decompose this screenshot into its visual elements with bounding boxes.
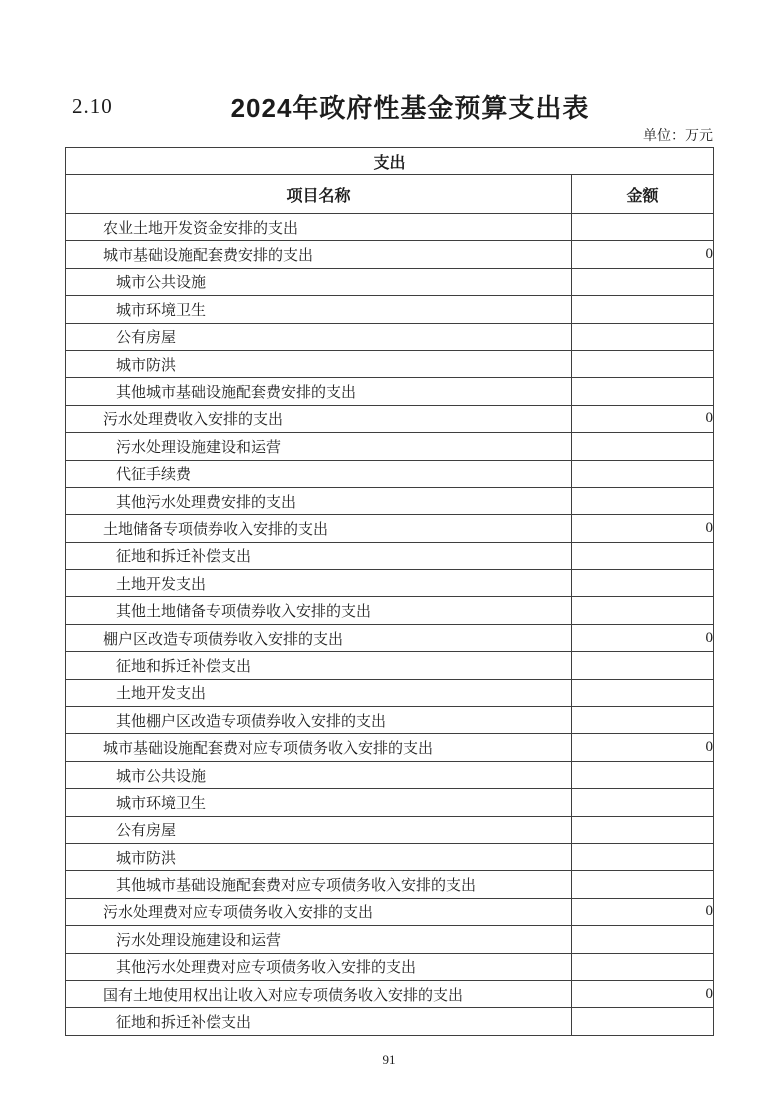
item-name-cell: 征地和拆迁补偿支出 — [66, 652, 572, 679]
amount-cell — [572, 926, 714, 953]
amount-cell — [572, 487, 714, 514]
column-header-amount: 金额 — [572, 175, 714, 214]
amount-cell — [572, 214, 714, 241]
item-name-cell: 土地开发支出 — [66, 570, 572, 597]
item-name-cell: 征地和拆迁补偿支出 — [66, 542, 572, 569]
amount-cell — [572, 460, 714, 487]
amount-cell: 0 — [572, 980, 714, 1007]
amount-cell — [572, 871, 714, 898]
table-span-header: 支出 — [66, 148, 714, 175]
amount-cell: 0 — [572, 405, 714, 432]
table-row: 其他污水处理费安排的支出 — [66, 487, 714, 514]
table-row: 城市公共设施 — [66, 268, 714, 295]
table-row: 污水处理设施建设和运营 — [66, 926, 714, 953]
column-header-item-name: 项目名称 — [66, 175, 572, 214]
table-row: 棚户区改造专项债券收入安排的支出0 — [66, 624, 714, 651]
amount-cell — [572, 433, 714, 460]
amount-cell — [572, 789, 714, 816]
amount-cell — [572, 652, 714, 679]
table-row: 其他城市基础设施配套费安排的支出 — [66, 378, 714, 405]
item-name-cell: 代征手续费 — [66, 460, 572, 487]
amount-cell: 0 — [572, 241, 714, 268]
amount-cell — [572, 542, 714, 569]
amount-cell: 0 — [572, 898, 714, 925]
amount-cell — [572, 350, 714, 377]
item-name-cell: 城市防洪 — [66, 350, 572, 377]
table-body: 农业土地开发资金安排的支出城市基础设施配套费安排的支出0城市公共设施城市环境卫生… — [66, 214, 714, 1036]
item-name-cell: 农业土地开发资金安排的支出 — [66, 214, 572, 241]
item-name-cell: 公有房屋 — [66, 323, 572, 350]
table-row: 城市基础设施配套费安排的支出0 — [66, 241, 714, 268]
amount-cell — [572, 843, 714, 870]
table-row: 城市防洪 — [66, 350, 714, 377]
amount-cell — [572, 268, 714, 295]
table-row: 代征手续费 — [66, 460, 714, 487]
table-row: 土地储备专项债券收入安排的支出0 — [66, 515, 714, 542]
item-name-cell: 城市基础设施配套费安排的支出 — [66, 241, 572, 268]
amount-cell — [572, 953, 714, 980]
amount-cell — [572, 761, 714, 788]
table-row: 城市公共设施 — [66, 761, 714, 788]
table-row: 其他棚户区改造专项债券收入安排的支出 — [66, 707, 714, 734]
table-header: 支出 项目名称 金额 — [66, 148, 714, 214]
item-name-cell: 城市环境卫生 — [66, 789, 572, 816]
page-number: 91 — [0, 1052, 778, 1068]
page-title: 2024年政府性基金预算支出表 — [42, 88, 778, 125]
item-name-cell: 城市公共设施 — [66, 761, 572, 788]
item-name-cell: 城市基础设施配套费对应专项债务收入安排的支出 — [66, 734, 572, 761]
item-name-cell: 污水处理设施建设和运营 — [66, 433, 572, 460]
table-row: 城市基础设施配套费对应专项债务收入安排的支出0 — [66, 734, 714, 761]
table-row: 污水处理设施建设和运营 — [66, 433, 714, 460]
table-row: 公有房屋 — [66, 323, 714, 350]
budget-expenditure-table: 支出 项目名称 金额 农业土地开发资金安排的支出城市基础设施配套费安排的支出0城… — [65, 147, 714, 1036]
table-row: 农业土地开发资金安排的支出 — [66, 214, 714, 241]
item-name-cell: 城市公共设施 — [66, 268, 572, 295]
table-row: 征地和拆迁补偿支出 — [66, 652, 714, 679]
table-row: 城市环境卫生 — [66, 789, 714, 816]
amount-cell — [572, 707, 714, 734]
table-column-header-row: 项目名称 金额 — [66, 175, 714, 214]
amount-cell — [572, 1008, 714, 1035]
amount-cell — [572, 296, 714, 323]
item-name-cell: 其他城市基础设施配套费对应专项债务收入安排的支出 — [66, 871, 572, 898]
table-row: 城市防洪 — [66, 843, 714, 870]
table-row: 其他土地储备专项债券收入安排的支出 — [66, 597, 714, 624]
amount-cell — [572, 679, 714, 706]
table-row: 污水处理费收入安排的支出0 — [66, 405, 714, 432]
amount-cell — [572, 597, 714, 624]
amount-cell — [572, 378, 714, 405]
unit-label: 单位：万元 — [643, 125, 713, 145]
item-name-cell: 土地储备专项债券收入安排的支出 — [66, 515, 572, 542]
table-row: 其他污水处理费对应专项债务收入安排的支出 — [66, 953, 714, 980]
amount-cell — [572, 570, 714, 597]
item-name-cell: 污水处理费对应专项债务收入安排的支出 — [66, 898, 572, 925]
item-name-cell: 城市环境卫生 — [66, 296, 572, 323]
table-row: 国有土地使用权出让收入对应专项债务收入安排的支出0 — [66, 980, 714, 1007]
table-row: 污水处理费对应专项债务收入安排的支出0 — [66, 898, 714, 925]
table-row: 土地开发支出 — [66, 679, 714, 706]
amount-cell: 0 — [572, 515, 714, 542]
item-name-cell: 污水处理设施建设和运营 — [66, 926, 572, 953]
item-name-cell: 污水处理费收入安排的支出 — [66, 405, 572, 432]
item-name-cell: 其他城市基础设施配套费安排的支出 — [66, 378, 572, 405]
amount-cell: 0 — [572, 624, 714, 651]
item-name-cell: 征地和拆迁补偿支出 — [66, 1008, 572, 1035]
table-row: 土地开发支出 — [66, 570, 714, 597]
item-name-cell: 其他土地储备专项债券收入安排的支出 — [66, 597, 572, 624]
item-name-cell: 棚户区改造专项债券收入安排的支出 — [66, 624, 572, 651]
item-name-cell: 公有房屋 — [66, 816, 572, 843]
item-name-cell: 其他污水处理费对应专项债务收入安排的支出 — [66, 953, 572, 980]
amount-cell: 0 — [572, 734, 714, 761]
table-row: 其他城市基础设施配套费对应专项债务收入安排的支出 — [66, 871, 714, 898]
table-row: 征地和拆迁补偿支出 — [66, 1008, 714, 1035]
amount-cell — [572, 323, 714, 350]
item-name-cell: 城市防洪 — [66, 843, 572, 870]
amount-cell — [572, 816, 714, 843]
table-row: 城市环境卫生 — [66, 296, 714, 323]
item-name-cell: 其他污水处理费安排的支出 — [66, 487, 572, 514]
item-name-cell: 其他棚户区改造专项债券收入安排的支出 — [66, 707, 572, 734]
table-span-header-row: 支出 — [66, 148, 714, 175]
table-row: 征地和拆迁补偿支出 — [66, 542, 714, 569]
item-name-cell: 土地开发支出 — [66, 679, 572, 706]
table-row: 公有房屋 — [66, 816, 714, 843]
item-name-cell: 国有土地使用权出让收入对应专项债务收入安排的支出 — [66, 980, 572, 1007]
